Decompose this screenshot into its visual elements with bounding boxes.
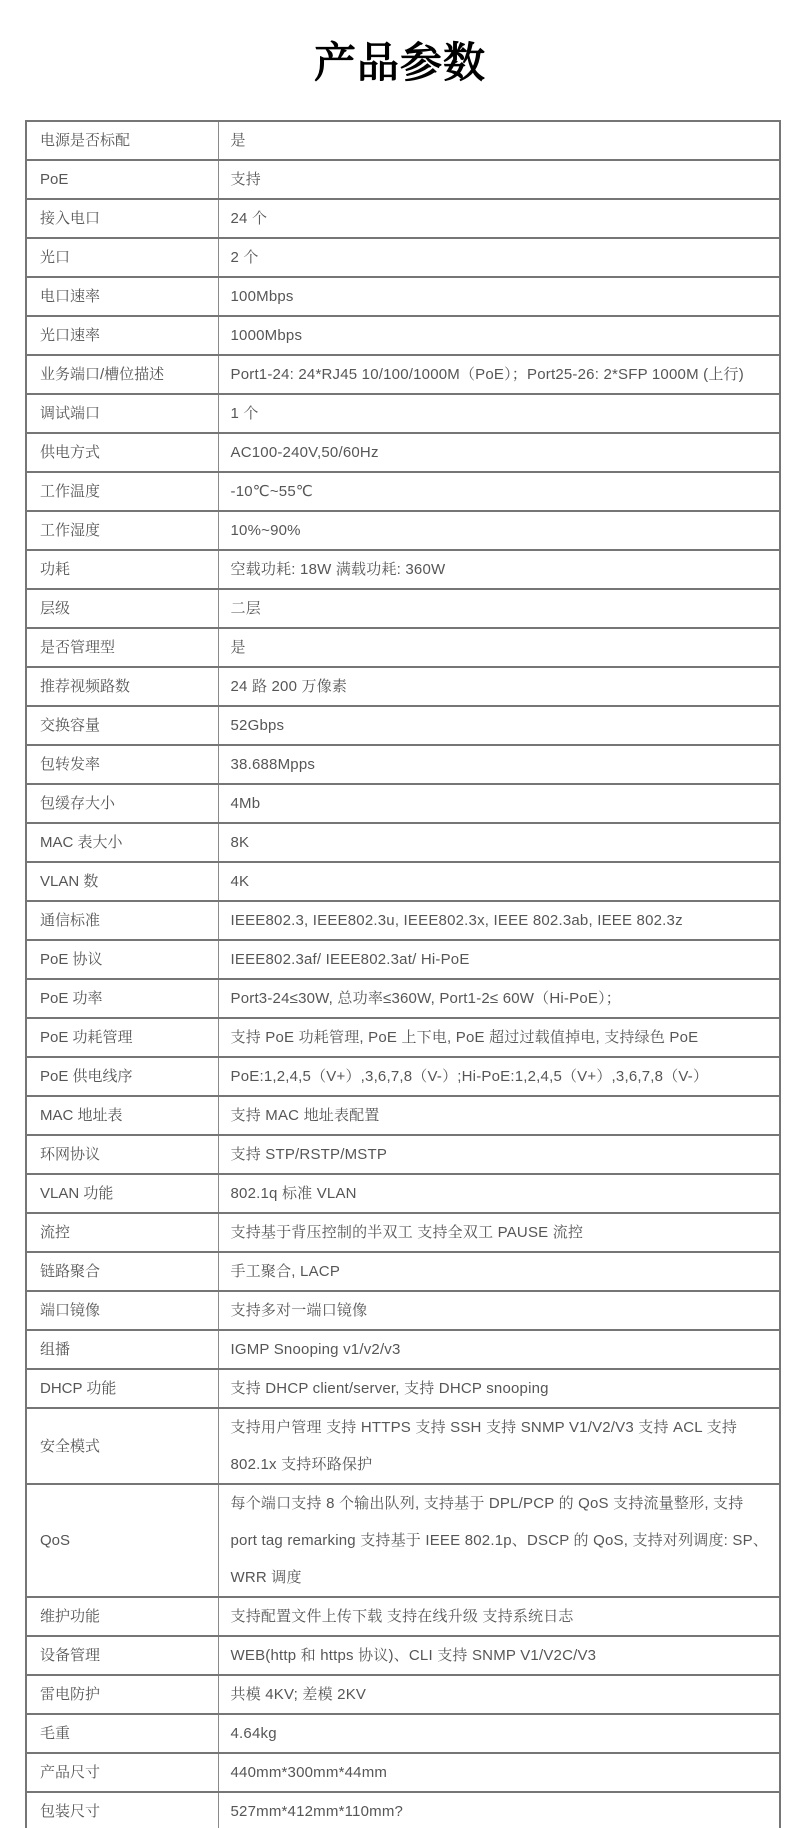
param-value: Port3-24≤30W, 总功率≤360W, Port1-2≤ 60W（Hi-… xyxy=(218,979,780,1018)
page-title: 产品参数 xyxy=(0,0,800,92)
param-label: 链路聚合 xyxy=(26,1252,218,1291)
param-value: PoE:1,2,4,5（V+）,3,6,7,8（V-）;Hi-PoE:1,2,4… xyxy=(218,1057,780,1096)
table-row: MAC 表大小8K xyxy=(26,823,780,862)
table-row: PoE 功率Port3-24≤30W, 总功率≤360W, Port1-2≤ 6… xyxy=(26,979,780,1018)
param-value: 支持 PoE 功耗管理, PoE 上下电, PoE 超过过载值掉电, 支持绿色 … xyxy=(218,1018,780,1057)
param-value: 24 个 xyxy=(218,199,780,238)
table-row: PoE支持 xyxy=(26,160,780,199)
param-value: 手工聚合, LACP xyxy=(218,1252,780,1291)
param-value: 每个端口支持 8 个输出队列, 支持基于 DPL/PCP 的 QoS 支持流量整… xyxy=(218,1484,780,1597)
param-label: 设备管理 xyxy=(26,1636,218,1675)
param-label: 电口速率 xyxy=(26,277,218,316)
param-label: 接入电口 xyxy=(26,199,218,238)
table-row: 流控支持基于背压控制的半双工 支持全双工 PAUSE 流控 xyxy=(26,1213,780,1252)
param-value: 支持多对一端口镜像 xyxy=(218,1291,780,1330)
param-label: MAC 表大小 xyxy=(26,823,218,862)
param-value: 支持用户管理 支持 HTTPS 支持 SSH 支持 SNMP V1/V2/V3 … xyxy=(218,1408,780,1484)
param-label: PoE 供电线序 xyxy=(26,1057,218,1096)
param-label: 通信标准 xyxy=(26,901,218,940)
param-label: VLAN 数 xyxy=(26,862,218,901)
table-row: 电源是否标配是 xyxy=(26,121,780,160)
param-label: 组播 xyxy=(26,1330,218,1369)
param-label: 光口 xyxy=(26,238,218,277)
param-label: 安全模式 xyxy=(26,1408,218,1484)
param-value: 802.1q 标准 VLAN xyxy=(218,1174,780,1213)
param-value: 1 个 xyxy=(218,394,780,433)
table-row: 功耗空载功耗: 18W 满载功耗: 360W xyxy=(26,550,780,589)
param-value: 2 个 xyxy=(218,238,780,277)
table-row: 包装尺寸527mm*412mm*110mm? xyxy=(26,1792,780,1828)
param-value: 是 xyxy=(218,628,780,667)
table-row: 雷电防护共模 4KV; 差模 2KV xyxy=(26,1675,780,1714)
param-label: QoS xyxy=(26,1484,218,1597)
table-row: VLAN 功能802.1q 标准 VLAN xyxy=(26,1174,780,1213)
table-row: PoE 协议IEEE802.3af/ IEEE802.3at/ Hi-PoE xyxy=(26,940,780,979)
param-label: 光口速率 xyxy=(26,316,218,355)
table-row: PoE 供电线序PoE:1,2,4,5（V+）,3,6,7,8（V-）;Hi-P… xyxy=(26,1057,780,1096)
param-value: 二层 xyxy=(218,589,780,628)
param-value: 支持 xyxy=(218,160,780,199)
table-row: MAC 地址表支持 MAC 地址表配置 xyxy=(26,1096,780,1135)
param-label: 是否管理型 xyxy=(26,628,218,667)
table-row: 接入电口24 个 xyxy=(26,199,780,238)
param-label: 推荐视频路数 xyxy=(26,667,218,706)
table-row: VLAN 数4K xyxy=(26,862,780,901)
table-row: 环网协议支持 STP/RSTP/MSTP xyxy=(26,1135,780,1174)
table-row: 毛重4.64kg xyxy=(26,1714,780,1753)
param-value: -10℃~55℃ xyxy=(218,472,780,511)
param-label: DHCP 功能 xyxy=(26,1369,218,1408)
table-row: 业务端口/槽位描述Port1-24: 24*RJ45 10/100/1000M（… xyxy=(26,355,780,394)
param-label: VLAN 功能 xyxy=(26,1174,218,1213)
table-row: 交换容量52Gbps xyxy=(26,706,780,745)
param-label: 端口镜像 xyxy=(26,1291,218,1330)
param-value: 1000Mbps xyxy=(218,316,780,355)
table-row: 推荐视频路数24 路 200 万像素 xyxy=(26,667,780,706)
param-label: 维护功能 xyxy=(26,1597,218,1636)
param-value: WEB(http 和 https 协议)、CLI 支持 SNMP V1/V2C/… xyxy=(218,1636,780,1675)
table-row: 组播IGMP Snooping v1/v2/v3 xyxy=(26,1330,780,1369)
param-label: 包缓存大小 xyxy=(26,784,218,823)
param-label: PoE xyxy=(26,160,218,199)
table-row: QoS每个端口支持 8 个输出队列, 支持基于 DPL/PCP 的 QoS 支持… xyxy=(26,1484,780,1597)
table-row: 安全模式支持用户管理 支持 HTTPS 支持 SSH 支持 SNMP V1/V2… xyxy=(26,1408,780,1484)
table-row: 端口镜像支持多对一端口镜像 xyxy=(26,1291,780,1330)
table-row: 工作温度-10℃~55℃ xyxy=(26,472,780,511)
param-label: 工作湿度 xyxy=(26,511,218,550)
param-value: 支持配置文件上传下载 支持在线升级 支持系统日志 xyxy=(218,1597,780,1636)
param-value: 空载功耗: 18W 满载功耗: 360W xyxy=(218,550,780,589)
param-value: 是 xyxy=(218,121,780,160)
param-value: Port1-24: 24*RJ45 10/100/1000M（PoE）；Port… xyxy=(218,355,780,394)
param-value: 4.64kg xyxy=(218,1714,780,1753)
param-label: PoE 协议 xyxy=(26,940,218,979)
param-value: 527mm*412mm*110mm? xyxy=(218,1792,780,1828)
table-row: 是否管理型是 xyxy=(26,628,780,667)
param-label: 业务端口/槽位描述 xyxy=(26,355,218,394)
param-value: 共模 4KV; 差模 2KV xyxy=(218,1675,780,1714)
table-row: 层级二层 xyxy=(26,589,780,628)
param-value: 支持 STP/RSTP/MSTP xyxy=(218,1135,780,1174)
param-label: 包转发率 xyxy=(26,745,218,784)
param-label: PoE 功率 xyxy=(26,979,218,1018)
param-label: 环网协议 xyxy=(26,1135,218,1174)
param-value: 24 路 200 万像素 xyxy=(218,667,780,706)
param-value: IGMP Snooping v1/v2/v3 xyxy=(218,1330,780,1369)
param-label: 电源是否标配 xyxy=(26,121,218,160)
param-value: 4K xyxy=(218,862,780,901)
param-value: 52Gbps xyxy=(218,706,780,745)
table-row: 维护功能支持配置文件上传下载 支持在线升级 支持系统日志 xyxy=(26,1597,780,1636)
param-label: MAC 地址表 xyxy=(26,1096,218,1135)
table-row: 通信标准IEEE802.3, IEEE802.3u, IEEE802.3x, I… xyxy=(26,901,780,940)
param-value: IEEE802.3af/ IEEE802.3at/ Hi-PoE xyxy=(218,940,780,979)
table-row: 产品尺寸440mm*300mm*44mm xyxy=(26,1753,780,1792)
table-row: 供电方式AC100-240V,50/60Hz xyxy=(26,433,780,472)
table-row: PoE 功耗管理支持 PoE 功耗管理, PoE 上下电, PoE 超过过载值掉… xyxy=(26,1018,780,1057)
table-row: 光口2 个 xyxy=(26,238,780,277)
param-value: 440mm*300mm*44mm xyxy=(218,1753,780,1792)
param-label: 供电方式 xyxy=(26,433,218,472)
table-row: 调试端口1 个 xyxy=(26,394,780,433)
table-row: 电口速率100Mbps xyxy=(26,277,780,316)
param-value: 100Mbps xyxy=(218,277,780,316)
param-value: 38.688Mpps xyxy=(218,745,780,784)
param-label: 工作温度 xyxy=(26,472,218,511)
table-row: 包缓存大小4Mb xyxy=(26,784,780,823)
param-label: 雷电防护 xyxy=(26,1675,218,1714)
table-row: 光口速率1000Mbps xyxy=(26,316,780,355)
param-label: 功耗 xyxy=(26,550,218,589)
table-row: DHCP 功能支持 DHCP client/server, 支持 DHCP sn… xyxy=(26,1369,780,1408)
table-row: 包转发率38.688Mpps xyxy=(26,745,780,784)
param-value: IEEE802.3, IEEE802.3u, IEEE802.3x, IEEE … xyxy=(218,901,780,940)
product-spec-table: 电源是否标配是PoE支持接入电口24 个光口2 个电口速率100Mbps光口速率… xyxy=(25,120,781,1828)
param-value: 支持 DHCP client/server, 支持 DHCP snooping xyxy=(218,1369,780,1408)
param-label: 交换容量 xyxy=(26,706,218,745)
param-label: 包装尺寸 xyxy=(26,1792,218,1828)
param-label: PoE 功耗管理 xyxy=(26,1018,218,1057)
table-row: 工作湿度10%~90% xyxy=(26,511,780,550)
param-value: 支持 MAC 地址表配置 xyxy=(218,1096,780,1135)
param-value: 8K xyxy=(218,823,780,862)
param-label: 产品尺寸 xyxy=(26,1753,218,1792)
param-value: AC100-240V,50/60Hz xyxy=(218,433,780,472)
param-label: 调试端口 xyxy=(26,394,218,433)
param-value: 支持基于背压控制的半双工 支持全双工 PAUSE 流控 xyxy=(218,1213,780,1252)
param-label: 毛重 xyxy=(26,1714,218,1753)
param-label: 流控 xyxy=(26,1213,218,1252)
param-value: 4Mb xyxy=(218,784,780,823)
param-label: 层级 xyxy=(26,589,218,628)
param-value: 10%~90% xyxy=(218,511,780,550)
table-row: 设备管理WEB(http 和 https 协议)、CLI 支持 SNMP V1/… xyxy=(26,1636,780,1675)
table-row: 链路聚合手工聚合, LACP xyxy=(26,1252,780,1291)
